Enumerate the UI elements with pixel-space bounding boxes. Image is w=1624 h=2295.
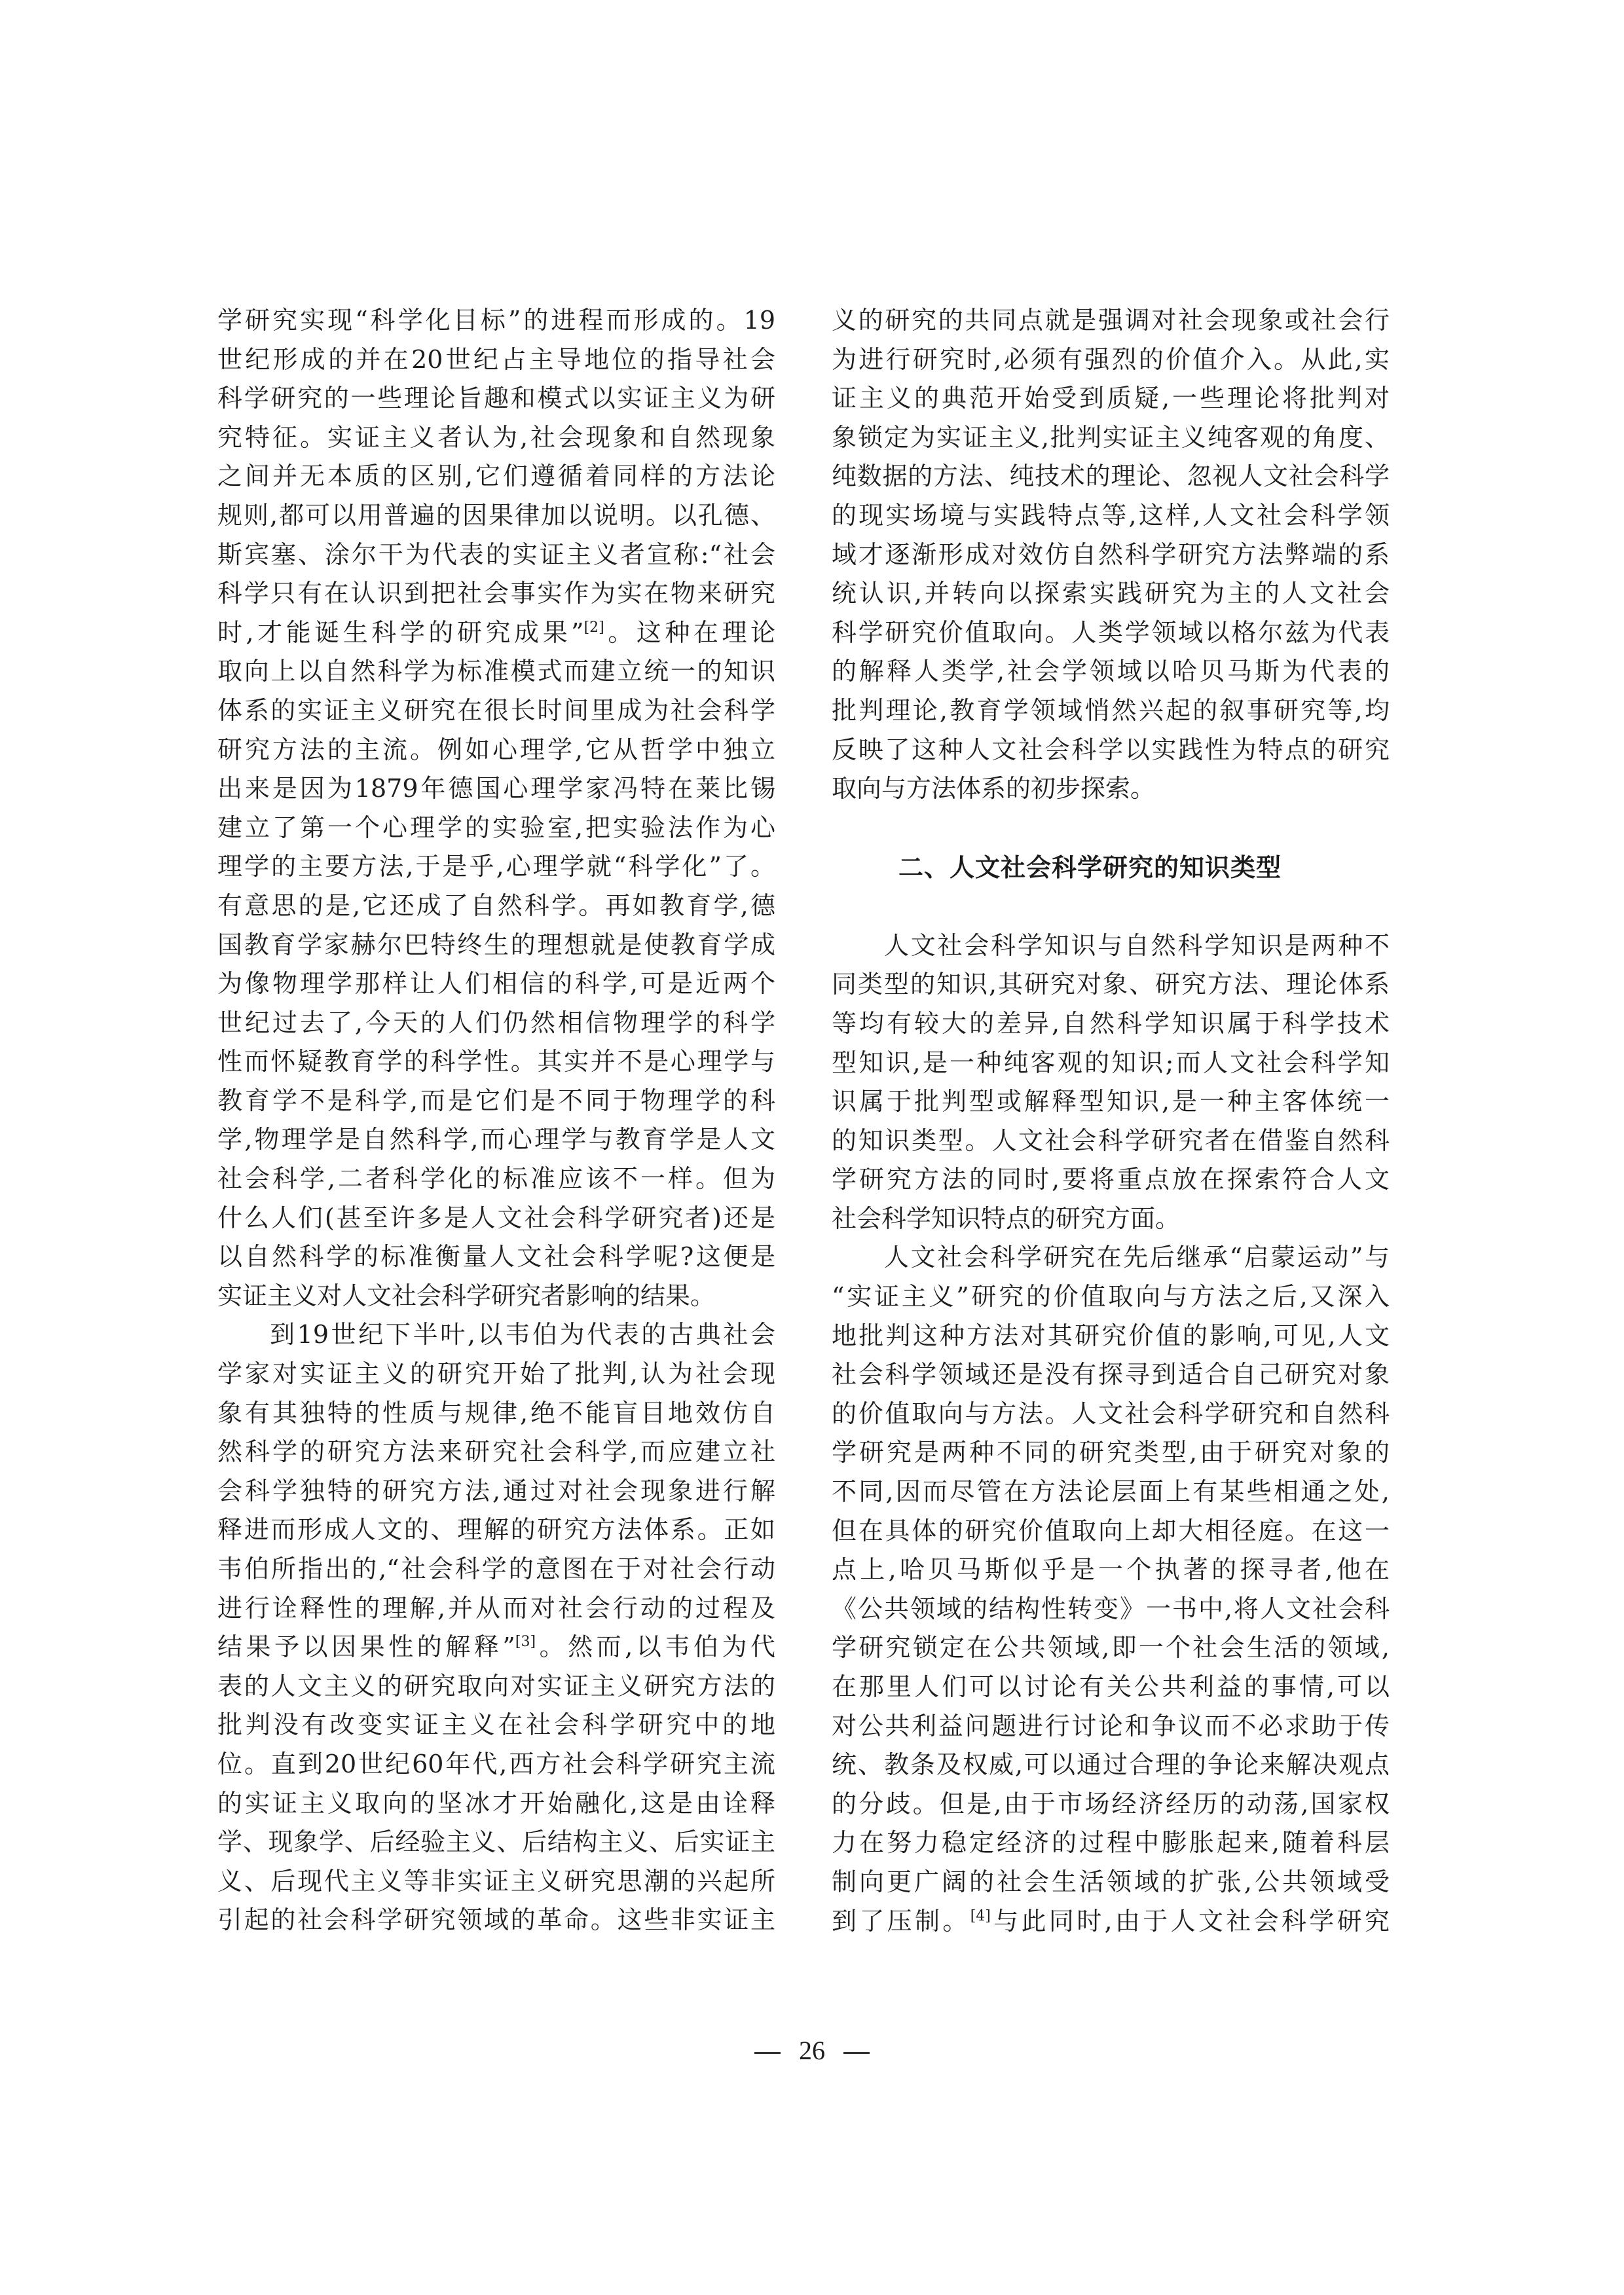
text-line: 同类型的知识,其研究对象、研究方法、理论体系 <box>832 965 1390 1004</box>
text-line: 学研究实现“科学化目标”的进程而形成的。19 <box>217 301 775 340</box>
journal-page: 学研究实现“科学化目标”的进程而形成的。19 世纪形成的并在20世纪占主导地位的… <box>0 0 1624 2295</box>
text-line: 体系的实证主义研究在很长时间里成为社会科学 <box>217 691 775 731</box>
text-line: 力在努力稳定经济的过程中膨胀起来,随着科层 <box>832 1824 1390 1863</box>
text-line: 制向更广阔的社会生活领域的扩张,公共领域受 <box>832 1863 1390 1902</box>
text-line: 社会科学,二者科学化的标准应该不一样。但为 <box>217 1160 775 1199</box>
text-fragment: 结果予以因果性的解释” <box>217 1632 515 1661</box>
text-line-with-citation: 时,才能诞生科学的研究成果”[2]。这种在理论 <box>217 614 775 653</box>
right-column: 义的研究的共同点就是强调对社会现象或社会行 为进行研究时,必须有强烈的价值介入。… <box>832 301 1390 1941</box>
text-line: 理学的主要方法,于是乎,心理学就“科学化”了。 <box>217 847 775 887</box>
text-line: 为像物理学那样让人们相信的科学,可是近两个 <box>217 964 775 1004</box>
text-line: 的实证主义取向的坚冰才开始融化,这是由诠释 <box>217 1784 775 1824</box>
text-line: 之间并无本质的区别,它们遵循着同样的方法论 <box>217 457 775 496</box>
text-line: 进行诠释性的理解,并从而对社会行动的过程及 <box>217 1589 775 1628</box>
paragraph-habermas: 人文社会科学研究在先后继承“启蒙运动”与 “实证主义”研究的价值取向与方法之后,… <box>832 1238 1390 1941</box>
text-line: 不同,因而尽管在方法论层面上有某些相通之处, <box>832 1473 1390 1512</box>
paragraph-non-positivism: 义的研究的共同点就是强调对社会现象或社会行 为进行研究时,必须有强烈的价值介入。… <box>832 301 1390 809</box>
paragraph-positivism: 学研究实现“科学化目标”的进程而形成的。19 世纪形成的并在20世纪占主导地位的… <box>217 301 775 1315</box>
text-line: 位。直到20世纪60年代,西方社会科学研究主流 <box>217 1745 775 1784</box>
text-line: 学家对实证主义的研究开始了批判,认为社会现 <box>217 1355 775 1394</box>
text-line: 的知识类型。人文社会科学研究者在借鉴自然科 <box>832 1122 1390 1161</box>
text-line: 象有其独特的性质与规律,绝不能盲目地效仿自 <box>217 1394 775 1433</box>
citation-ref-3: [3] <box>515 1634 536 1650</box>
text-line: “实证主义”研究的价值取向与方法之后,又深入 <box>832 1277 1390 1317</box>
text-line: 义、后现代主义等非实证主义研究思潮的兴起所 <box>217 1862 775 1901</box>
text-line: 引起的社会科学研究领域的革命。这些非实证主 <box>217 1901 775 1940</box>
text-line: 表的人文主义的研究取向对实证主义研究方法的 <box>217 1667 775 1706</box>
text-line: 学研究是两种不同的研究类型,由于研究对象的 <box>832 1433 1390 1473</box>
text-line: 反映了这种人文社会科学以实践性为特点的研究 <box>832 731 1390 770</box>
text-line: 型知识,是一种纯客观的知识;而人文社会科学知 <box>832 1044 1390 1083</box>
text-line: 地批判这种方法对其研究价值的影响,可见,人文 <box>832 1317 1390 1356</box>
text-line: 纯数据的方法、纯技术的理论、忽视人文社会科学 <box>832 457 1390 496</box>
text-line: 建立了第一个心理学的实验室,把实验法作为心 <box>217 809 775 848</box>
text-fragment: 到了压制。 <box>832 1907 970 1936</box>
text-line: 社会科学知识特点的研究方面。 <box>832 1200 1390 1239</box>
text-line: 科学只有在认识到把社会事实作为实在物来研究 <box>217 574 775 614</box>
text-line: 科学研究价值取向。人类学领域以格尔兹为代表 <box>832 614 1390 653</box>
text-line: 释进而形成人文的、理解的研究方法体系。正如 <box>217 1511 775 1550</box>
text-line: 韦伯所指出的,“社会科学的意图在于对社会行动 <box>217 1550 775 1589</box>
paragraph-weber-critique: 到19世纪下半叶,以韦伯为代表的古典社会 学家对实证主义的研究开始了批判,认为社… <box>217 1315 775 1940</box>
text-line: 取向上以自然科学为标准模式而建立统一的知识 <box>217 652 775 691</box>
text-fragment: 。这种在理论 <box>604 618 775 647</box>
text-line: 域才逐渐形成对效仿自然科学研究方法弊端的系 <box>832 536 1390 575</box>
text-line: 为进行研究时,必须有强烈的价值介入。从此,实 <box>832 340 1390 380</box>
text-fragment: 。然而,以韦伯为代 <box>536 1632 775 1661</box>
text-line: 义的研究的共同点就是强调对社会现象或社会行 <box>832 301 1390 340</box>
text-line: 学、现象学、后经验主义、后结构主义、后实证主 <box>217 1823 775 1862</box>
page-number: 26 <box>799 2036 825 2065</box>
text-line: 批判理论,教育学领域悄然兴起的叙事研究等,均 <box>832 691 1390 731</box>
text-line: 究特征。实证主义者认为,社会现象和自然现象 <box>217 418 775 458</box>
page-footer: 26 <box>0 2035 1624 2066</box>
text-line: 证主义的典范开始受到质疑,一些理论将批判对 <box>832 379 1390 418</box>
text-line: 在那里人们可以讨论有关公共利益的事情,可以 <box>832 1668 1390 1707</box>
dash-left-icon <box>754 2052 781 2054</box>
text-line: 统认识,并转向以探索实践研究为主的人文社会 <box>832 574 1390 614</box>
text-fragment: 时,才能诞生科学的研究成果” <box>217 618 584 647</box>
dash-right-icon <box>843 2052 870 2054</box>
citation-ref-2: [2] <box>584 619 604 636</box>
text-line: 学研究锁定在公共领域,即一个社会生活的领域, <box>832 1628 1390 1668</box>
text-line: 学,物理学是自然科学,而心理学与教育学是人文 <box>217 1120 775 1160</box>
text-line: 出来是因为1879年德国心理学家冯特在莱比锡 <box>217 769 775 809</box>
text-line: 研究方法的主流。例如心理学,它从哲学中独立 <box>217 731 775 770</box>
paragraph-knowledge-types: 人文社会科学知识与自然科学知识是两种不 同类型的知识,其研究对象、研究方法、理论… <box>832 927 1390 1239</box>
text-line: 然科学的研究方法来研究社会科学,而应建立社 <box>217 1433 775 1472</box>
text-line: 人文社会科学知识与自然科学知识是两种不 <box>832 927 1390 966</box>
text-fragment: 与此同时,由于人文社会科学研究 <box>991 1907 1390 1936</box>
text-line: 社会科学领域还是没有探寻到适合自己研究对象 <box>832 1355 1390 1395</box>
text-line: 会科学独特的研究方法,通过对社会现象进行解 <box>217 1472 775 1511</box>
text-line: 什么人们(甚至许多是人文社会科学研究者)还是 <box>217 1199 775 1238</box>
text-line: 等均有较大的差异,自然科学知识属于科学技术 <box>832 1004 1390 1044</box>
text-line: 对公共利益问题进行讨论和争议而不必求助于传 <box>832 1707 1390 1746</box>
text-line: 象锁定为实证主义,批判实证主义纯客观的角度、 <box>832 418 1390 458</box>
text-line: 世纪过去了,今天的人们仍然相信物理学的科学 <box>217 1004 775 1043</box>
text-line: 取向与方法体系的初步探索。 <box>832 769 1390 809</box>
text-line: 到19世纪下半叶,以韦伯为代表的古典社会 <box>217 1315 775 1355</box>
text-line: 点上,哈贝马斯似乎是一个执著的探寻者,他在 <box>832 1551 1390 1590</box>
text-line-with-citation: 结果予以因果性的解释”[3]。然而,以韦伯为代 <box>217 1628 775 1667</box>
section-heading: 二、人文社会科学研究的知识类型 <box>832 848 1390 887</box>
text-line: 的解释人类学,社会学领域以哈贝马斯为代表的 <box>832 652 1390 691</box>
text-line: 批判没有改变实证主义在社会科学研究中的地 <box>217 1706 775 1745</box>
citation-ref-4: [4] <box>970 1908 991 1924</box>
text-line: 国教育学家赫尔巴特终生的理想就是使教育学成 <box>217 926 775 965</box>
left-column: 学研究实现“科学化目标”的进程而形成的。19 世纪形成的并在20世纪占主导地位的… <box>217 301 775 1940</box>
text-line: 的价值取向与方法。人文社会科学研究和自然科 <box>832 1395 1390 1434</box>
text-line: 世纪形成的并在20世纪占主导地位的指导社会 <box>217 340 775 380</box>
text-line: 的分歧。但是,由于市场经济经历的动荡,国家权 <box>832 1785 1390 1824</box>
text-line: 统、教条及权威,可以通过合理的争论来解决观点 <box>832 1746 1390 1785</box>
text-line: 教育学不是科学,而是它们是不同于物理学的科 <box>217 1082 775 1121</box>
text-line: 性而怀疑教育学的科学性。其实并不是心理学与 <box>217 1042 775 1082</box>
text-line: 斯宾塞、涂尔干为代表的实证主义者宣称:“社会 <box>217 536 775 575</box>
text-line: 但在具体的研究价值取向上却大相径庭。在这一 <box>832 1512 1390 1551</box>
text-line: 学研究方法的同时,要将重点放在探索符合人文 <box>832 1160 1390 1200</box>
text-line: 的现实场境与实践特点等,这样,人文社会科学领 <box>832 496 1390 536</box>
text-line: 有意思的是,它还成了自然科学。再如教育学,德 <box>217 887 775 926</box>
text-line: 科学研究的一些理论旨趣和模式以实证主义为研 <box>217 379 775 418</box>
text-line: 人文社会科学研究在先后继承“启蒙运动”与 <box>832 1238 1390 1277</box>
text-line: 识属于批判型或解释型知识,是一种主客体统一 <box>832 1082 1390 1122</box>
text-line: 以自然科学的标准衡量人文社会科学呢?这便是 <box>217 1238 775 1277</box>
text-line: 规则,都可以用普遍的因果律加以说明。以孔德、 <box>217 496 775 536</box>
text-line: 《公共领域的结构性转变》一书中,将人文社会科 <box>832 1590 1390 1629</box>
text-line-with-citation: 到了压制。[4]与此同时,由于人文社会科学研究 <box>832 1902 1390 1941</box>
text-line: 实证主义对人文社会科学研究者影响的结果。 <box>217 1277 775 1316</box>
